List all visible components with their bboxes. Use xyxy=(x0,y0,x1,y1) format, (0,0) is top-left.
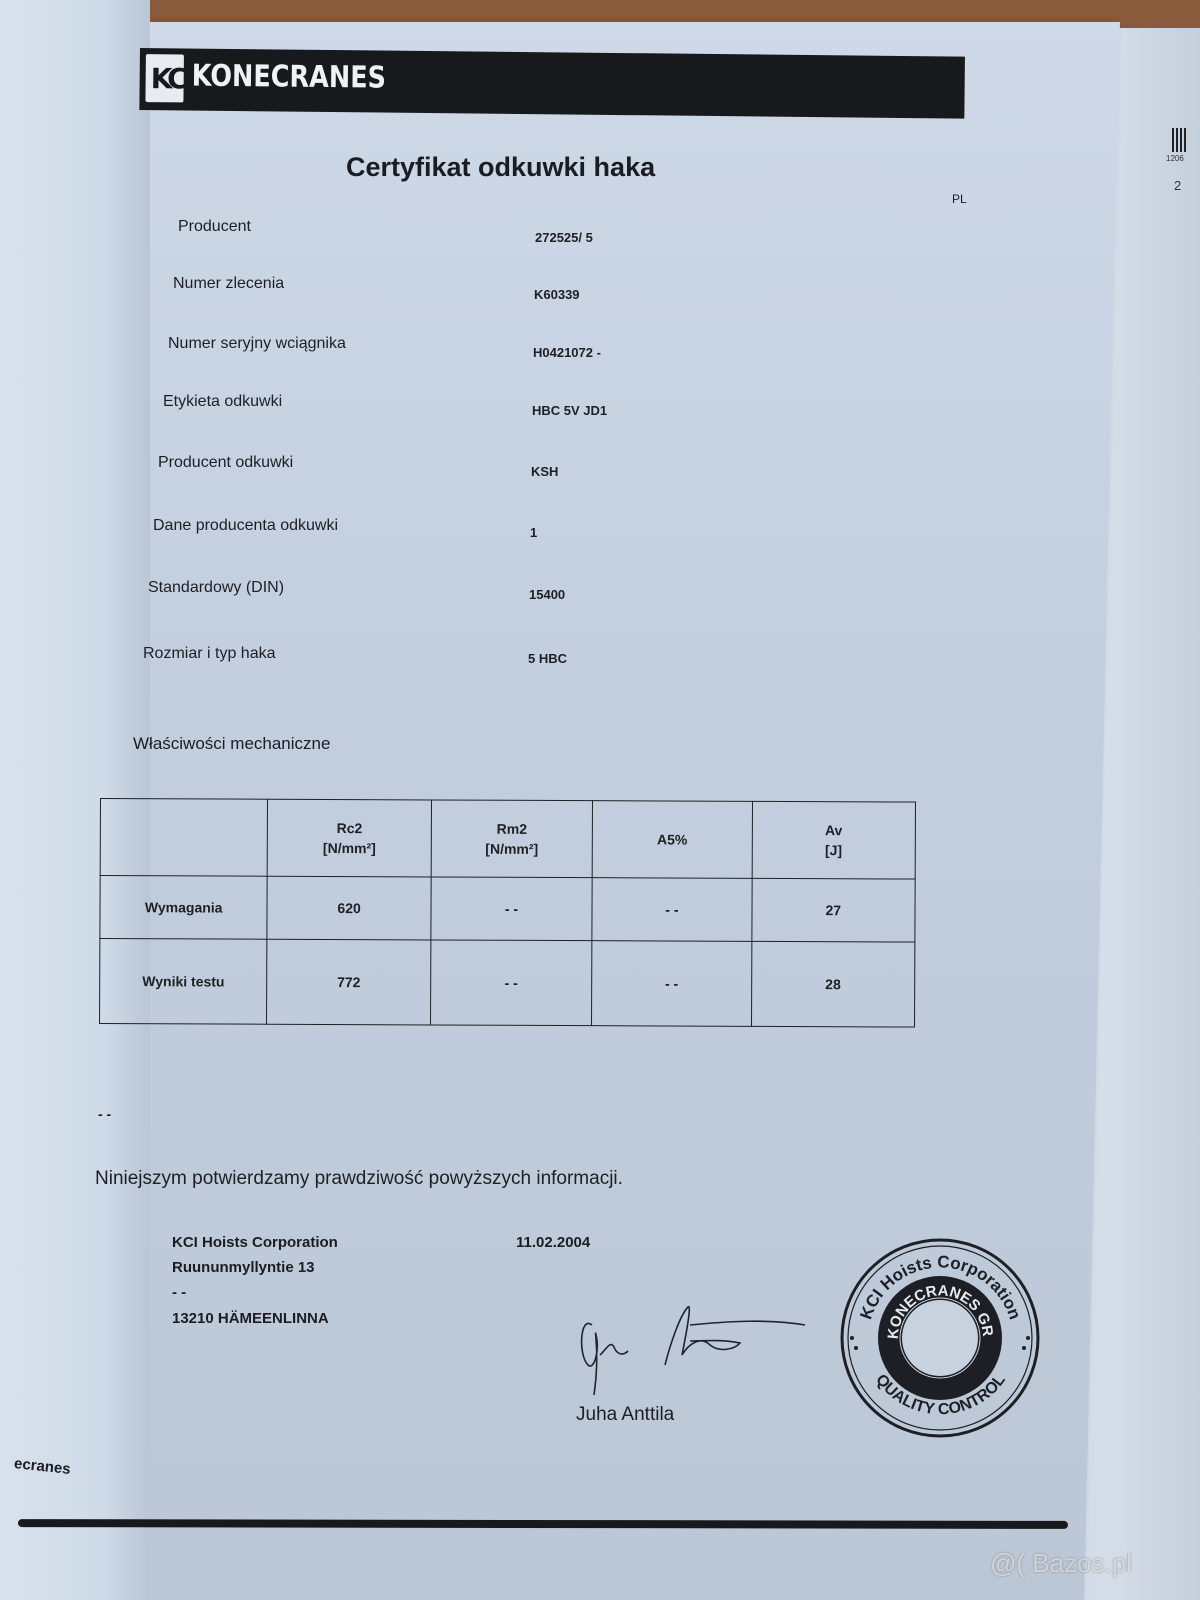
field-label: Dane producenta odkuwki xyxy=(153,517,338,535)
table-header-cell: Av[J] xyxy=(752,801,916,879)
note-dashes: - - xyxy=(98,1106,111,1122)
watermark: @( Bazos.pl xyxy=(990,1548,1132,1579)
table-row: Wymagania 620 - - - - 27 xyxy=(100,876,915,943)
field-value: K60339 xyxy=(534,287,580,302)
table-header-cell: Rm2[N/mm²] xyxy=(431,800,593,878)
barcode-number: 1206 xyxy=(1166,154,1184,163)
header-band: KCI KONECRANES xyxy=(139,48,965,119)
field-label: Producent odkuwki xyxy=(158,454,293,472)
konecranes-logo-icon: KCI xyxy=(145,54,184,102)
mechanical-heading: Właściwości mechaniczne xyxy=(133,734,330,754)
table-cell: - - xyxy=(592,878,752,942)
side-page-number: 2 xyxy=(1174,178,1181,193)
signature-icon xyxy=(570,1295,820,1405)
table-cell: - - xyxy=(431,877,593,941)
language-code: PL xyxy=(952,192,967,206)
confirmation-statement: Niniejszym potwierdzamy prawdziwość powy… xyxy=(95,1168,623,1190)
field-label: Standardowy (DIN) xyxy=(148,579,284,597)
document-title: Certyfikat odkuwki haka xyxy=(346,152,655,183)
quality-control-stamp-icon: KCI Hoists Corporation QUALITY CONTROL K… xyxy=(838,1230,1043,1445)
table-header-row: Rc2[N/mm²] Rm2[N/mm²] A5% Av[J] xyxy=(100,799,915,880)
field-label: Rozmiar i typ haka xyxy=(143,645,276,663)
field-label: Numer seryjny wciągnika xyxy=(168,335,346,353)
field-value: KSH xyxy=(531,464,558,479)
field-value: 15400 xyxy=(529,587,565,602)
barcode-icon xyxy=(1172,128,1186,152)
field-value: 1 xyxy=(530,525,537,540)
field-value: H0421072 - xyxy=(533,345,601,360)
company-name: KCI Hoists Corporation xyxy=(172,1234,338,1251)
table-header-cell: A5% xyxy=(592,801,752,879)
table-cell: 28 xyxy=(751,941,915,1027)
field-label: Etykieta odkuwki xyxy=(163,393,282,411)
company-city: 13210 HÄMEENLINNA xyxy=(172,1310,329,1327)
issue-date: 11.02.2004 xyxy=(516,1234,590,1251)
signer-name: Juha Anttila xyxy=(576,1404,674,1426)
field-value: 5 HBC xyxy=(528,651,567,666)
row-label: Wymagania xyxy=(100,876,268,940)
table-row: Wyniki testu 772 - - - - 28 xyxy=(100,939,915,1028)
field-label: Numer zlecenia xyxy=(173,275,284,293)
table-cell: - - xyxy=(592,941,752,1027)
company-line3: - - xyxy=(172,1284,186,1301)
table-header-cell: Rc2[N/mm²] xyxy=(268,799,432,877)
row-label: Wyniki testu xyxy=(100,939,268,1025)
mechanical-properties-table: Rc2[N/mm²] Rm2[N/mm²] A5% Av[J] Wymagani… xyxy=(99,798,916,1028)
table-cell: 27 xyxy=(751,878,915,942)
table-cell: 772 xyxy=(267,939,431,1025)
field-label: Producent xyxy=(178,218,251,236)
table-header-cell xyxy=(100,799,268,877)
company-street: Ruununmyllyntie 13 xyxy=(172,1259,315,1276)
table-cell: - - xyxy=(430,940,592,1026)
table-cell: 620 xyxy=(267,876,431,940)
brand-name: KONECRANES xyxy=(192,59,387,96)
field-value: 272525/ 5 xyxy=(535,230,593,245)
field-value: HBC 5V JD1 xyxy=(532,403,607,418)
